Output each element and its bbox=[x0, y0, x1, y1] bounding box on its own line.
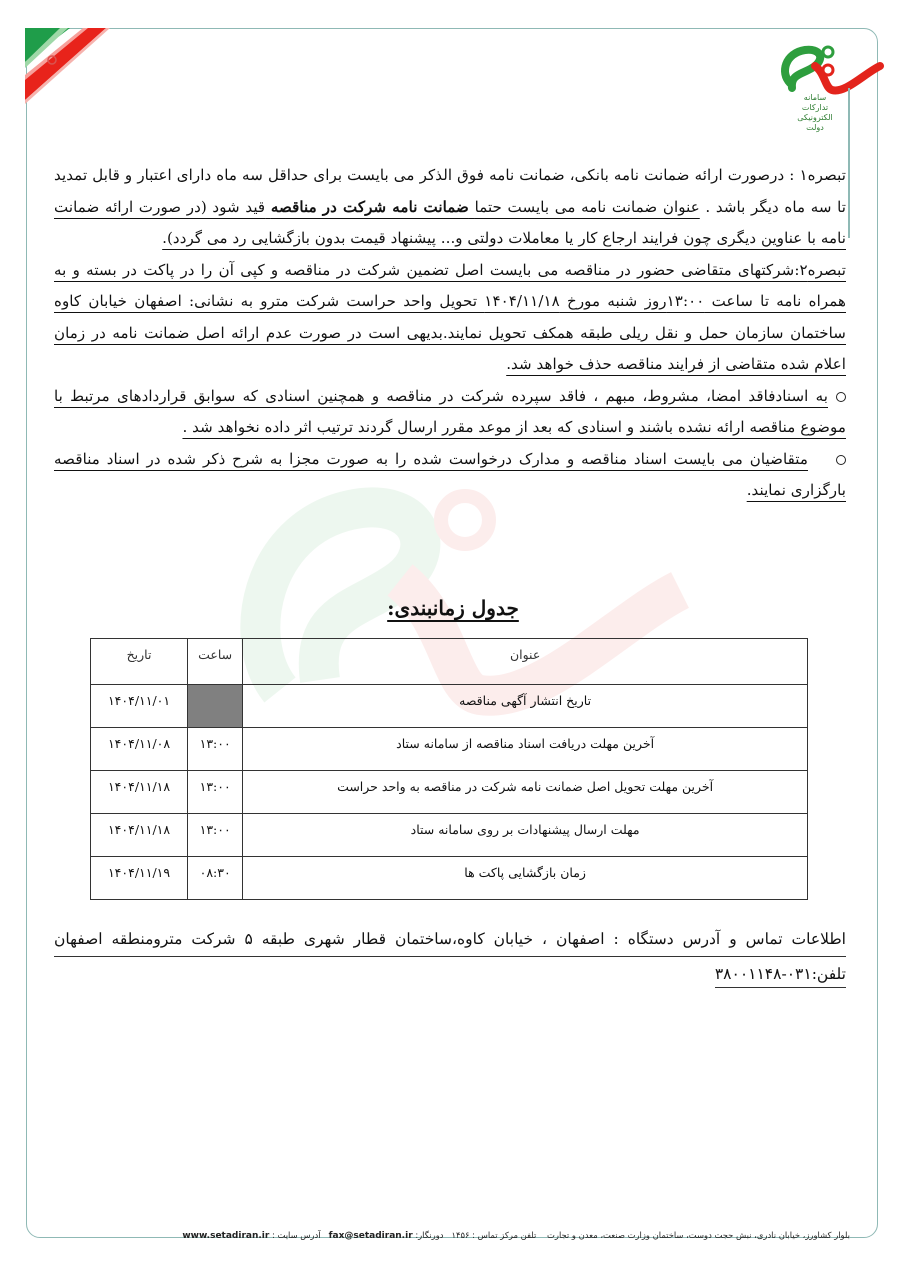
iran-flag-icon bbox=[20, 20, 150, 110]
cell-title: آخرین مهلت دریافت اسناد مناقصه از سامانه… bbox=[243, 728, 808, 771]
cell-time: ۱۳:۰۰ bbox=[188, 771, 243, 814]
schedule-table: عنوان ساعت تاریخ تاریخ انتشار آگهی مناقص… bbox=[90, 638, 808, 900]
schedule-title: جدول زمانبندی: bbox=[0, 596, 906, 620]
circle-bullet-icon bbox=[836, 455, 846, 465]
setad-logo-icon: سامانه تدارکات الکترونیکی دولت bbox=[770, 28, 890, 138]
bullet-item: متقاضیان می بایست اسناد مناقصه و مدارک د… bbox=[54, 444, 846, 507]
table-row: تاریخ انتشار آگهی مناقصه ۱۴۰۴/۱۱/۰۱ bbox=[91, 685, 808, 728]
header-title: عنوان bbox=[243, 639, 808, 685]
footer-fax-label: دورنگار: bbox=[415, 1230, 443, 1240]
bullet-text: متقاضیان می بایست اسناد مناقصه و مدارک د… bbox=[54, 450, 846, 500]
cell-date: ۱۴۰۴/۱۱/۱۸ bbox=[91, 771, 188, 814]
contact-phone: تلفن:۰۳۱-۳۸۰۰۱۱۴۸ bbox=[54, 957, 846, 991]
circle-bullet-icon bbox=[836, 392, 846, 402]
table-row: آخرین مهلت تحویل اصل ضمانت نامه شرکت در … bbox=[91, 771, 808, 814]
document-body: تبصره۱ : درصورت ارائه ضمانت نامه بانکی، … bbox=[54, 160, 846, 507]
table-row: آخرین مهلت دریافت اسناد مناقصه از سامانه… bbox=[91, 728, 808, 771]
footer-site-label: آدرس سایت : bbox=[272, 1230, 321, 1240]
bullet-text: به اسنادفاقد امضا، مشروط، مبهم ، فاقد سپ… bbox=[54, 387, 846, 437]
footer-phone: تلفن مرکز تماس : ۱۴۵۶ bbox=[452, 1230, 537, 1240]
cell-title: تاریخ انتشار آگهی مناقصه bbox=[243, 685, 808, 728]
cell-time: ۰۸:۳۰ bbox=[188, 857, 243, 900]
table-header-row: عنوان ساعت تاریخ bbox=[91, 639, 808, 685]
svg-text:سامانه: سامانه bbox=[804, 93, 827, 102]
note-2: تبصره۲:شرکتهای متقاضی حضور در مناقصه می … bbox=[54, 255, 846, 381]
contact-info: اطلاعات تماس و آدرس دستگاه : اصفهان ، خی… bbox=[54, 922, 846, 991]
cell-date: ۱۴۰۴/۱۱/۱۹ bbox=[91, 857, 188, 900]
cell-title: زمان بازگشایی پاکت ها bbox=[243, 857, 808, 900]
cell-time-empty bbox=[188, 685, 243, 728]
svg-text:دولت: دولت bbox=[806, 123, 824, 132]
svg-text:تدارکات: تدارکات bbox=[802, 103, 828, 112]
bullet-item: به اسنادفاقد امضا، مشروط، مبهم ، فاقد سپ… bbox=[54, 381, 846, 444]
contact-address: اطلاعات تماس و آدرس دستگاه : اصفهان ، خی… bbox=[54, 922, 846, 957]
table-row: مهلت ارسال پیشنهادات بر روی سامانه ستاد … bbox=[91, 814, 808, 857]
footer-address: بلوار کشاورز، خیابان نادری، نبش حجت دوست… bbox=[547, 1230, 850, 1240]
footer-fax-link[interactable]: fax@setadiran.ir bbox=[329, 1231, 413, 1241]
footer-site-link[interactable]: www.setadiran.ir bbox=[182, 1231, 269, 1241]
cell-date: ۱۴۰۴/۱۱/۰۱ bbox=[91, 685, 188, 728]
schedule-title-text: جدول زمانبندی: bbox=[387, 596, 519, 620]
cell-time: ۱۳:۰۰ bbox=[188, 728, 243, 771]
cell-title: مهلت ارسال پیشنهادات بر روی سامانه ستاد bbox=[243, 814, 808, 857]
note-1-text-2: عنوان ضمانت نامه می بایست حتما bbox=[475, 198, 700, 216]
cell-time: ۱۳:۰۰ bbox=[188, 814, 243, 857]
note-1-bold: ضمانت نامه شرکت در مناقصه bbox=[271, 198, 469, 216]
svg-text:الکترونیکی: الکترونیکی bbox=[797, 113, 833, 122]
cell-date: ۱۴۰۴/۱۱/۱۸ bbox=[91, 814, 188, 857]
header-time: ساعت bbox=[188, 639, 243, 685]
frame-accent-line bbox=[848, 88, 850, 238]
header-date: تاریخ bbox=[91, 639, 188, 685]
cell-date: ۱۴۰۴/۱۱/۰۸ bbox=[91, 728, 188, 771]
note-1: تبصره۱ : درصورت ارائه ضمانت نامه بانکی، … bbox=[54, 160, 846, 255]
page-footer: بلوار کشاورز، خیابان نادری، نبش حجت دوست… bbox=[120, 1230, 850, 1241]
cell-title: آخرین مهلت تحویل اصل ضمانت نامه شرکت در … bbox=[243, 771, 808, 814]
contact-phone-text: تلفن:۰۳۱-۳۸۰۰۱۱۴۸ bbox=[715, 965, 846, 988]
setad-logo: سامانه تدارکات الکترونیکی دولت bbox=[770, 28, 890, 138]
table-row: زمان بازگشایی پاکت ها ۰۸:۳۰ ۱۴۰۴/۱۱/۱۹ bbox=[91, 857, 808, 900]
